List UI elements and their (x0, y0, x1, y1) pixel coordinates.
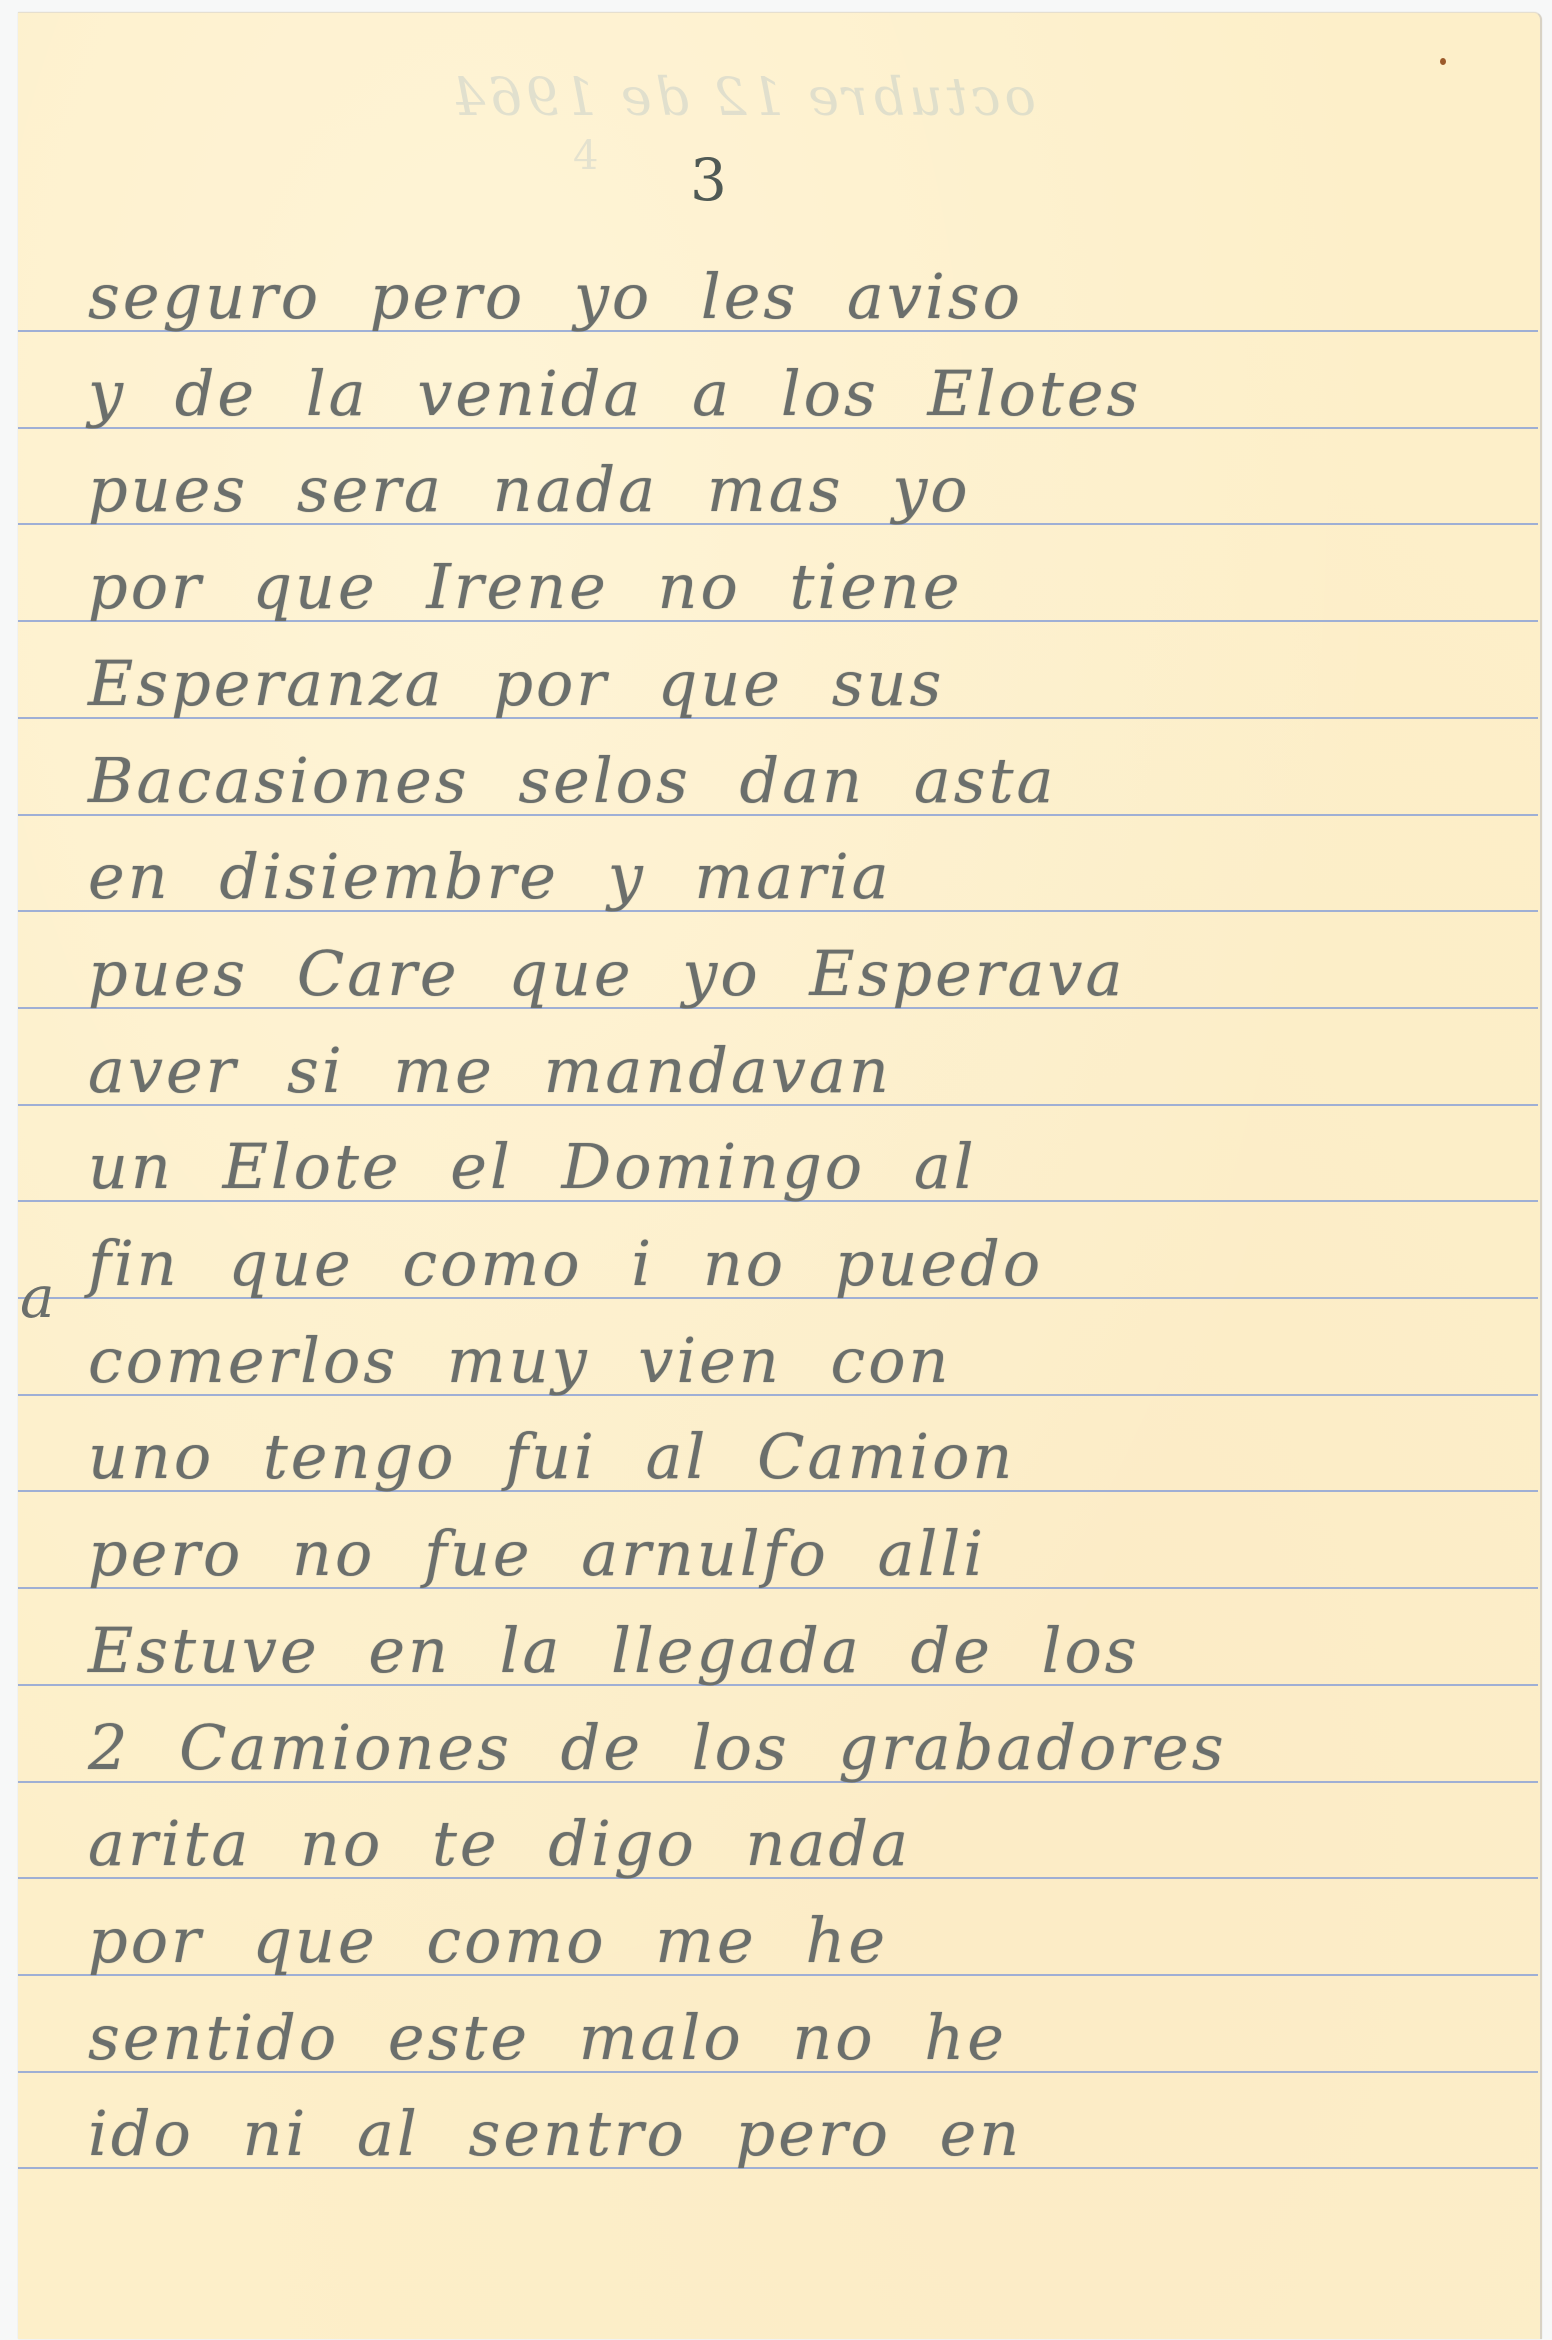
bleed-through-mark: 4 (573, 133, 598, 179)
handwritten-line: y de la venida a los Elotes (88, 349, 1528, 439)
handwritten-line: Bacasiones selos dan asta (88, 736, 1528, 826)
handwritten-line: arita no te digo nada (88, 1799, 1528, 1889)
bleed-through-date: octubre 12 de 1964 (448, 68, 1036, 128)
paper-stain (1440, 58, 1446, 65)
handwritten-line: ido ni al sentro pero en (88, 2089, 1528, 2179)
handwritten-line: por que Irene no tiene (88, 542, 1528, 632)
handwritten-line: comerlos muy vien con (88, 1316, 1528, 1406)
handwritten-line: aver si me mandavan (88, 1026, 1528, 1116)
handwritten-line: sentido este malo no he (88, 1993, 1528, 2083)
handwritten-line: en disiembre y maria (88, 832, 1528, 922)
margin-mark: a (20, 1263, 55, 1331)
handwritten-line: por que como me he (88, 1896, 1528, 1986)
handwritten-line: Esperanza por que sus (88, 639, 1528, 729)
handwritten-line: pues sera nada mas yo (88, 445, 1528, 535)
handwritten-line: 2 Camiones de los grabadores (88, 1703, 1528, 1793)
handwritten-line: un Elote el Domingo al (88, 1122, 1528, 1212)
page-number: 3 (690, 151, 727, 209)
handwritten-line: pero no fue arnulfo alli (88, 1509, 1528, 1599)
handwritten-line: Estuve en la llegada de los (88, 1606, 1528, 1696)
handwritten-line: seguro pero yo les aviso (88, 252, 1528, 342)
handwritten-line: uno tengo fui al Camion (88, 1412, 1528, 1502)
handwritten-line: fin que como i no puedo (88, 1219, 1528, 1309)
letter-page: octubre 12 de 1964 4 3 seguro pero yo le… (18, 12, 1542, 2339)
handwritten-line: pues Care que yo Esperava (88, 929, 1528, 1019)
